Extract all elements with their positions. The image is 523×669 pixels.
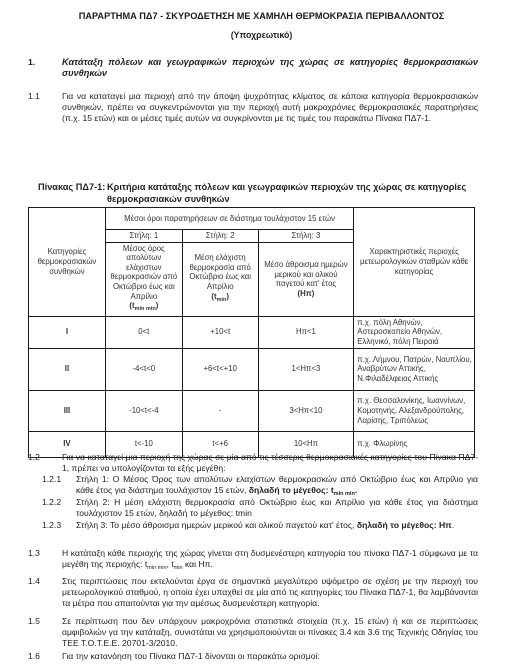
paragraph-number: 1.2 [28,452,40,462]
paragraph-1-6: 1.6 Για την κατανόηση του Πίνακα ΠΔ7-1 δ… [28,651,478,662]
category-cell: III [29,390,106,431]
annex-subtitle: (Υποχρεωτικό) [0,30,523,40]
column-2-symbol: (tmin) [185,292,256,306]
paragraph-number: 1.2.1 [42,474,61,484]
column-3-desc-text: Μέσο άθροισμα ημερών μερικού και ολικού … [261,260,352,289]
column-2-cell: +6<t<+10 [182,348,258,390]
table-row: I 0<t +10<t Ηπ<1 π.χ. πόλη Αθηνών, Αστερ… [29,316,475,348]
column-1-cell: 0<t [105,316,182,348]
column-1-cell: -10<t<-4 [105,390,182,431]
regions-cell: π.χ. πόλη Αθηνών, Αστεροσκοπείο Αθηνών, … [354,316,475,348]
table-caption-text: Κριτήρια κατάταξης πόλεων και γεωγραφικώ… [107,182,488,205]
category-cell: II [29,348,106,390]
paragraph-number: 1.1 [28,91,40,101]
category-cell: I [29,316,106,348]
paragraph-text: Η κατάταξη κάθε περιοχής της χώρας γίνετ… [62,548,478,574]
paragraph-number: 1.6 [28,651,40,661]
paragraph-text: Για να καταταγεί μια περιοχή από την άπο… [62,91,478,125]
paragraph-1-2-2: 1.2.2 Στήλη 2: Η μέση ελάχιστη θερμοκρασ… [28,497,478,519]
section-number: 1. [28,57,35,67]
column-3-cell: 3<Ηπ<10 [258,390,354,431]
paragraph-1-2: 1.2 Για να καταταγεί μια περιοχή της χώρ… [28,452,478,474]
paragraph-1-1: 1.1 Για να καταταγεί μια περιοχή από την… [28,91,478,125]
column-3-cell: Ηπ<1 [258,316,354,348]
paragraph-1-4: 1.4 Στις περιπτώσεις που εκτελούνται έργ… [28,576,478,610]
table-caption: Πίνακας ΠΔ7-1: Κριτήρια κατάταξης πόλεων… [38,182,488,205]
paragraph-1-3: 1.3 Η κατάταξη κάθε περιοχής της χώρας γ… [28,548,478,574]
table-row: III -10<t<-4 - 3<Ηπ<10 π.χ. Θεσσαλονίκης… [29,390,475,431]
criteria-table: Κατηγορίες θερμοκρασιακών συνθηκών Μέσοι… [28,207,475,458]
column-2-label: Στήλη: 2 [182,230,258,243]
regions-cell: π.χ. Λήμνου, Πατρών, Ναυπλίου, Αναβρύτων… [354,348,475,390]
paragraph-text: Στήλη 3: Το μέσο άθροισμα ημερών μερικού… [76,520,478,531]
table-row: II -4<t<0 +6<t<+10 1<Ηπ<3 π.χ. Λήμνου, Π… [29,348,475,390]
paragraph-1-5: 1.5 Σε περίπτωση που δεν υπάρχουν μακροχ… [28,616,478,650]
column-2-cell: +10<t [182,316,258,348]
column-1-desc-text: Μέσος όρος απολύτων ελάχιστων θερμοκρασι… [108,244,180,302]
column-3-symbol: (Ηπ) [261,289,352,299]
paragraph-text: Στήλη 2: Η μέση ελάχιστη θερμοκρασία από… [76,497,478,519]
section-1-heading: 1. Κατάταξη πόλεων και γεωγραφικών περιο… [28,57,478,79]
header-regions: Χαρακτηριστικές περιοχές μετεωρολογικών … [354,208,475,317]
column-1-desc: Μέσος όρος απολύτων ελάχιστων θερμοκρασι… [105,242,182,316]
column-2-cell: - [182,390,258,431]
paragraph-text: Για να καταταγεί μια περιοχή της χώρας σ… [62,452,478,474]
column-1-cell: -4<t<0 [105,348,182,390]
paragraph-number: 1.3 [28,548,40,558]
paragraph-number: 1.2.3 [42,520,61,530]
column-3-desc: Μέσο άθροισμα ημερών μερικού και ολικού … [258,242,354,316]
column-3-cell: 1<Ηπ<3 [258,348,354,390]
column-1-label: Στήλη: 1 [105,230,182,243]
annex-title: ΠΑΡΑΡΤΗΜΑ ΠΔ7 - ΣΚΥΡΟΔΕΤΗΣΗ ΜΕ ΧΑΜΗΛΗ ΘΕ… [0,11,523,21]
column-2-desc-text: Μέση ελάχιστη θερμοκρασία από Οκτώβριο έ… [185,253,256,291]
paragraph-text: Σε περίπτωση που δεν υπάρχουν μακροχρόνι… [62,616,478,650]
header-category: Κατηγορίες θερμοκρασιακών συνθηκών [29,208,106,317]
table-caption-label: Πίνακας ΠΔ7-1: [38,182,105,194]
column-1-symbol: (tmin min) [108,301,180,315]
regions-cell: π.χ. Θεσσαλονίκης, Ιωαννίνων, Κομοτηνής,… [354,390,475,431]
document-page: ΠΑΡΑΡΤΗΜΑ ΠΔ7 - ΣΚΥΡΟΔΕΤΗΣΗ ΜΕ ΧΑΜΗΛΗ ΘΕ… [0,0,523,669]
paragraph-number: 1.5 [28,616,40,626]
paragraph-number: 1.4 [28,576,40,586]
paragraph-number: 1.2.2 [42,497,61,507]
paragraph-1-2-3: 1.2.3 Στήλη 3: Το μέσο άθροισμα ημερών μ… [28,520,478,531]
column-3-label: Στήλη: 3 [258,230,354,243]
paragraph-text: Στις περιπτώσεις που εκτελούνται έργα σε… [62,576,478,610]
section-heading-text: Κατάταξη πόλεων και γεωγραφικών περιοχών… [62,57,478,79]
header-group: Μέσοι όροι παρατηρήσεων σε διάστημα τουλ… [105,208,353,230]
column-2-desc: Μέση ελάχιστη θερμοκρασία από Οκτώβριο έ… [182,242,258,316]
paragraph-text: Για την κατανόηση του Πίνακα ΠΔ7-1 δίνον… [62,651,478,662]
